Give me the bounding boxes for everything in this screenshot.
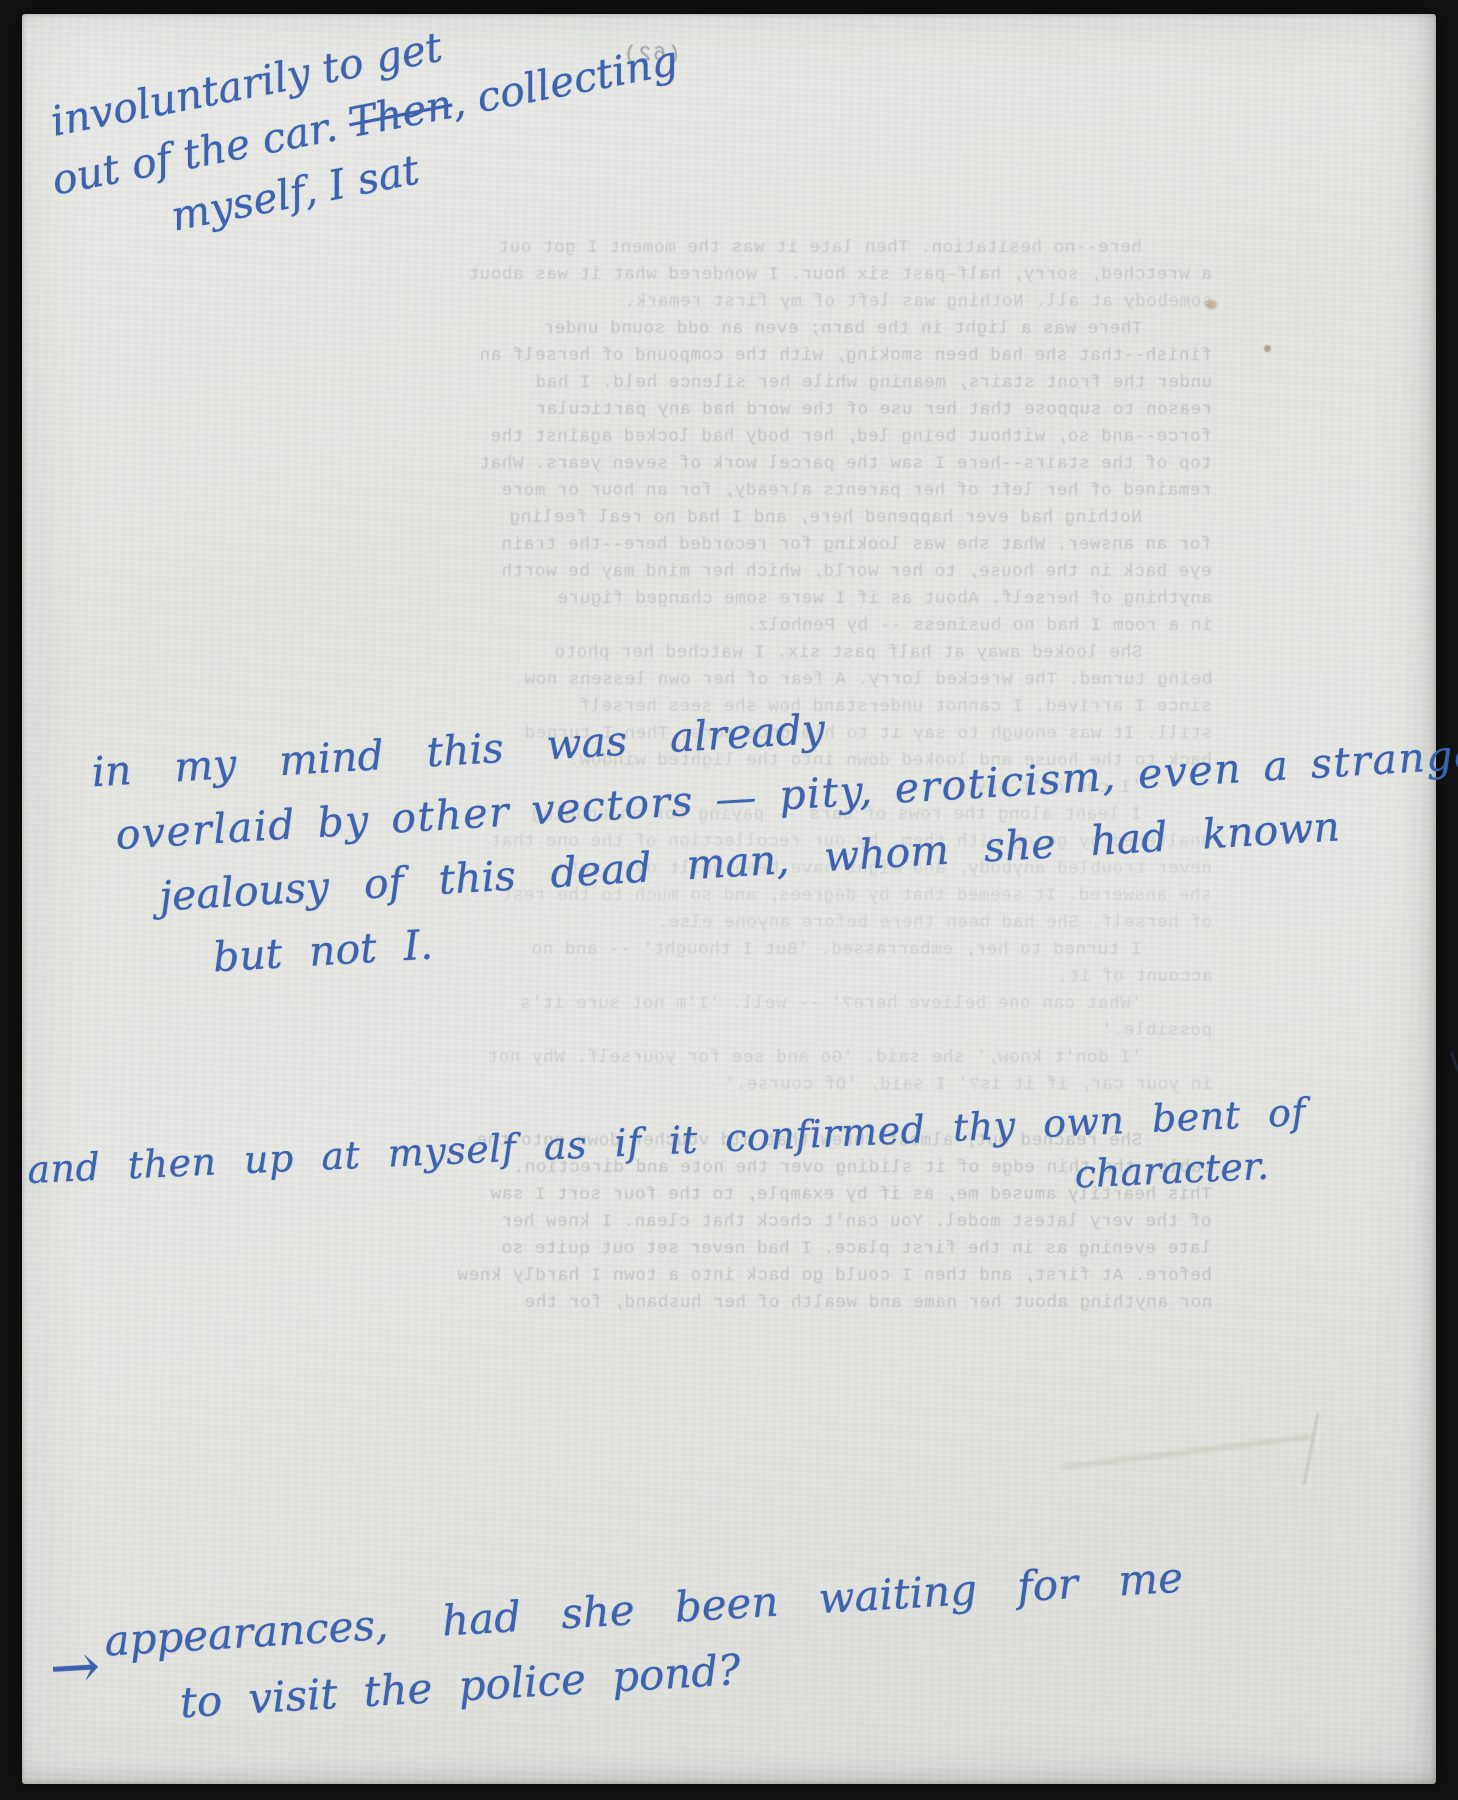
handwriting-line: character. xyxy=(1073,1134,1309,1205)
spacer xyxy=(389,1636,443,1639)
stain-streak xyxy=(1063,1435,1312,1469)
handwriting-fragment: appearances, xyxy=(103,1600,390,1666)
margin-scribble xyxy=(1450,1045,1458,1080)
crease-mark xyxy=(1303,1412,1319,1485)
stain-spot xyxy=(1264,345,1271,352)
scan-background: (62) here--no hesitation. Then late it w… xyxy=(0,0,1458,1800)
arrow-icon: → xyxy=(48,1633,102,1702)
stain-spot xyxy=(1206,300,1217,309)
